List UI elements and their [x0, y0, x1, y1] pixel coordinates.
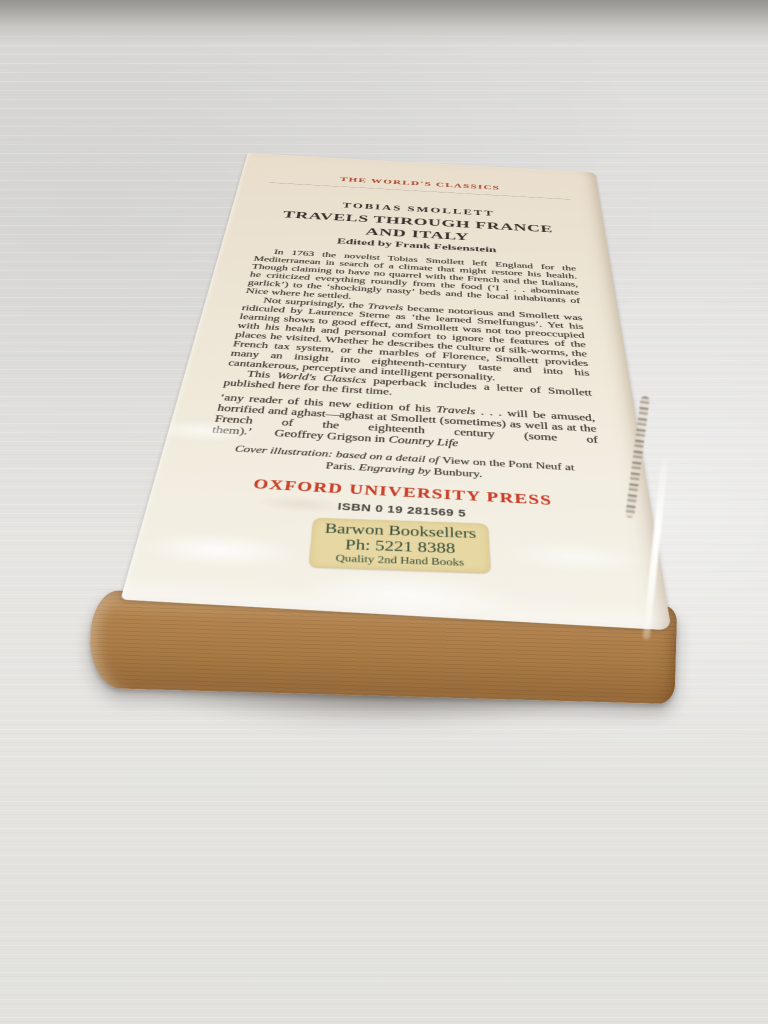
- bookseller-sticker: Barwon Booksellers Ph: 5221 8388 Quality…: [308, 518, 490, 574]
- note-segment: Bunbury.: [434, 467, 483, 480]
- note-segment: Paris.: [325, 461, 359, 473]
- background-top-shadow-band: [0, 0, 768, 44]
- review-segment-italic: Travels: [436, 405, 475, 417]
- photo-of-book: THE WORLD'S CLASSICS TOBIAS SMOLLETT TRA…: [0, 0, 768, 1024]
- blurb: In 1763 the novelist Tobias Smollett lef…: [222, 247, 593, 409]
- review-attribution-source: Country Life: [388, 435, 458, 449]
- blurb-segment: This: [246, 370, 278, 381]
- note-segment-italic: Engraving by: [358, 463, 433, 477]
